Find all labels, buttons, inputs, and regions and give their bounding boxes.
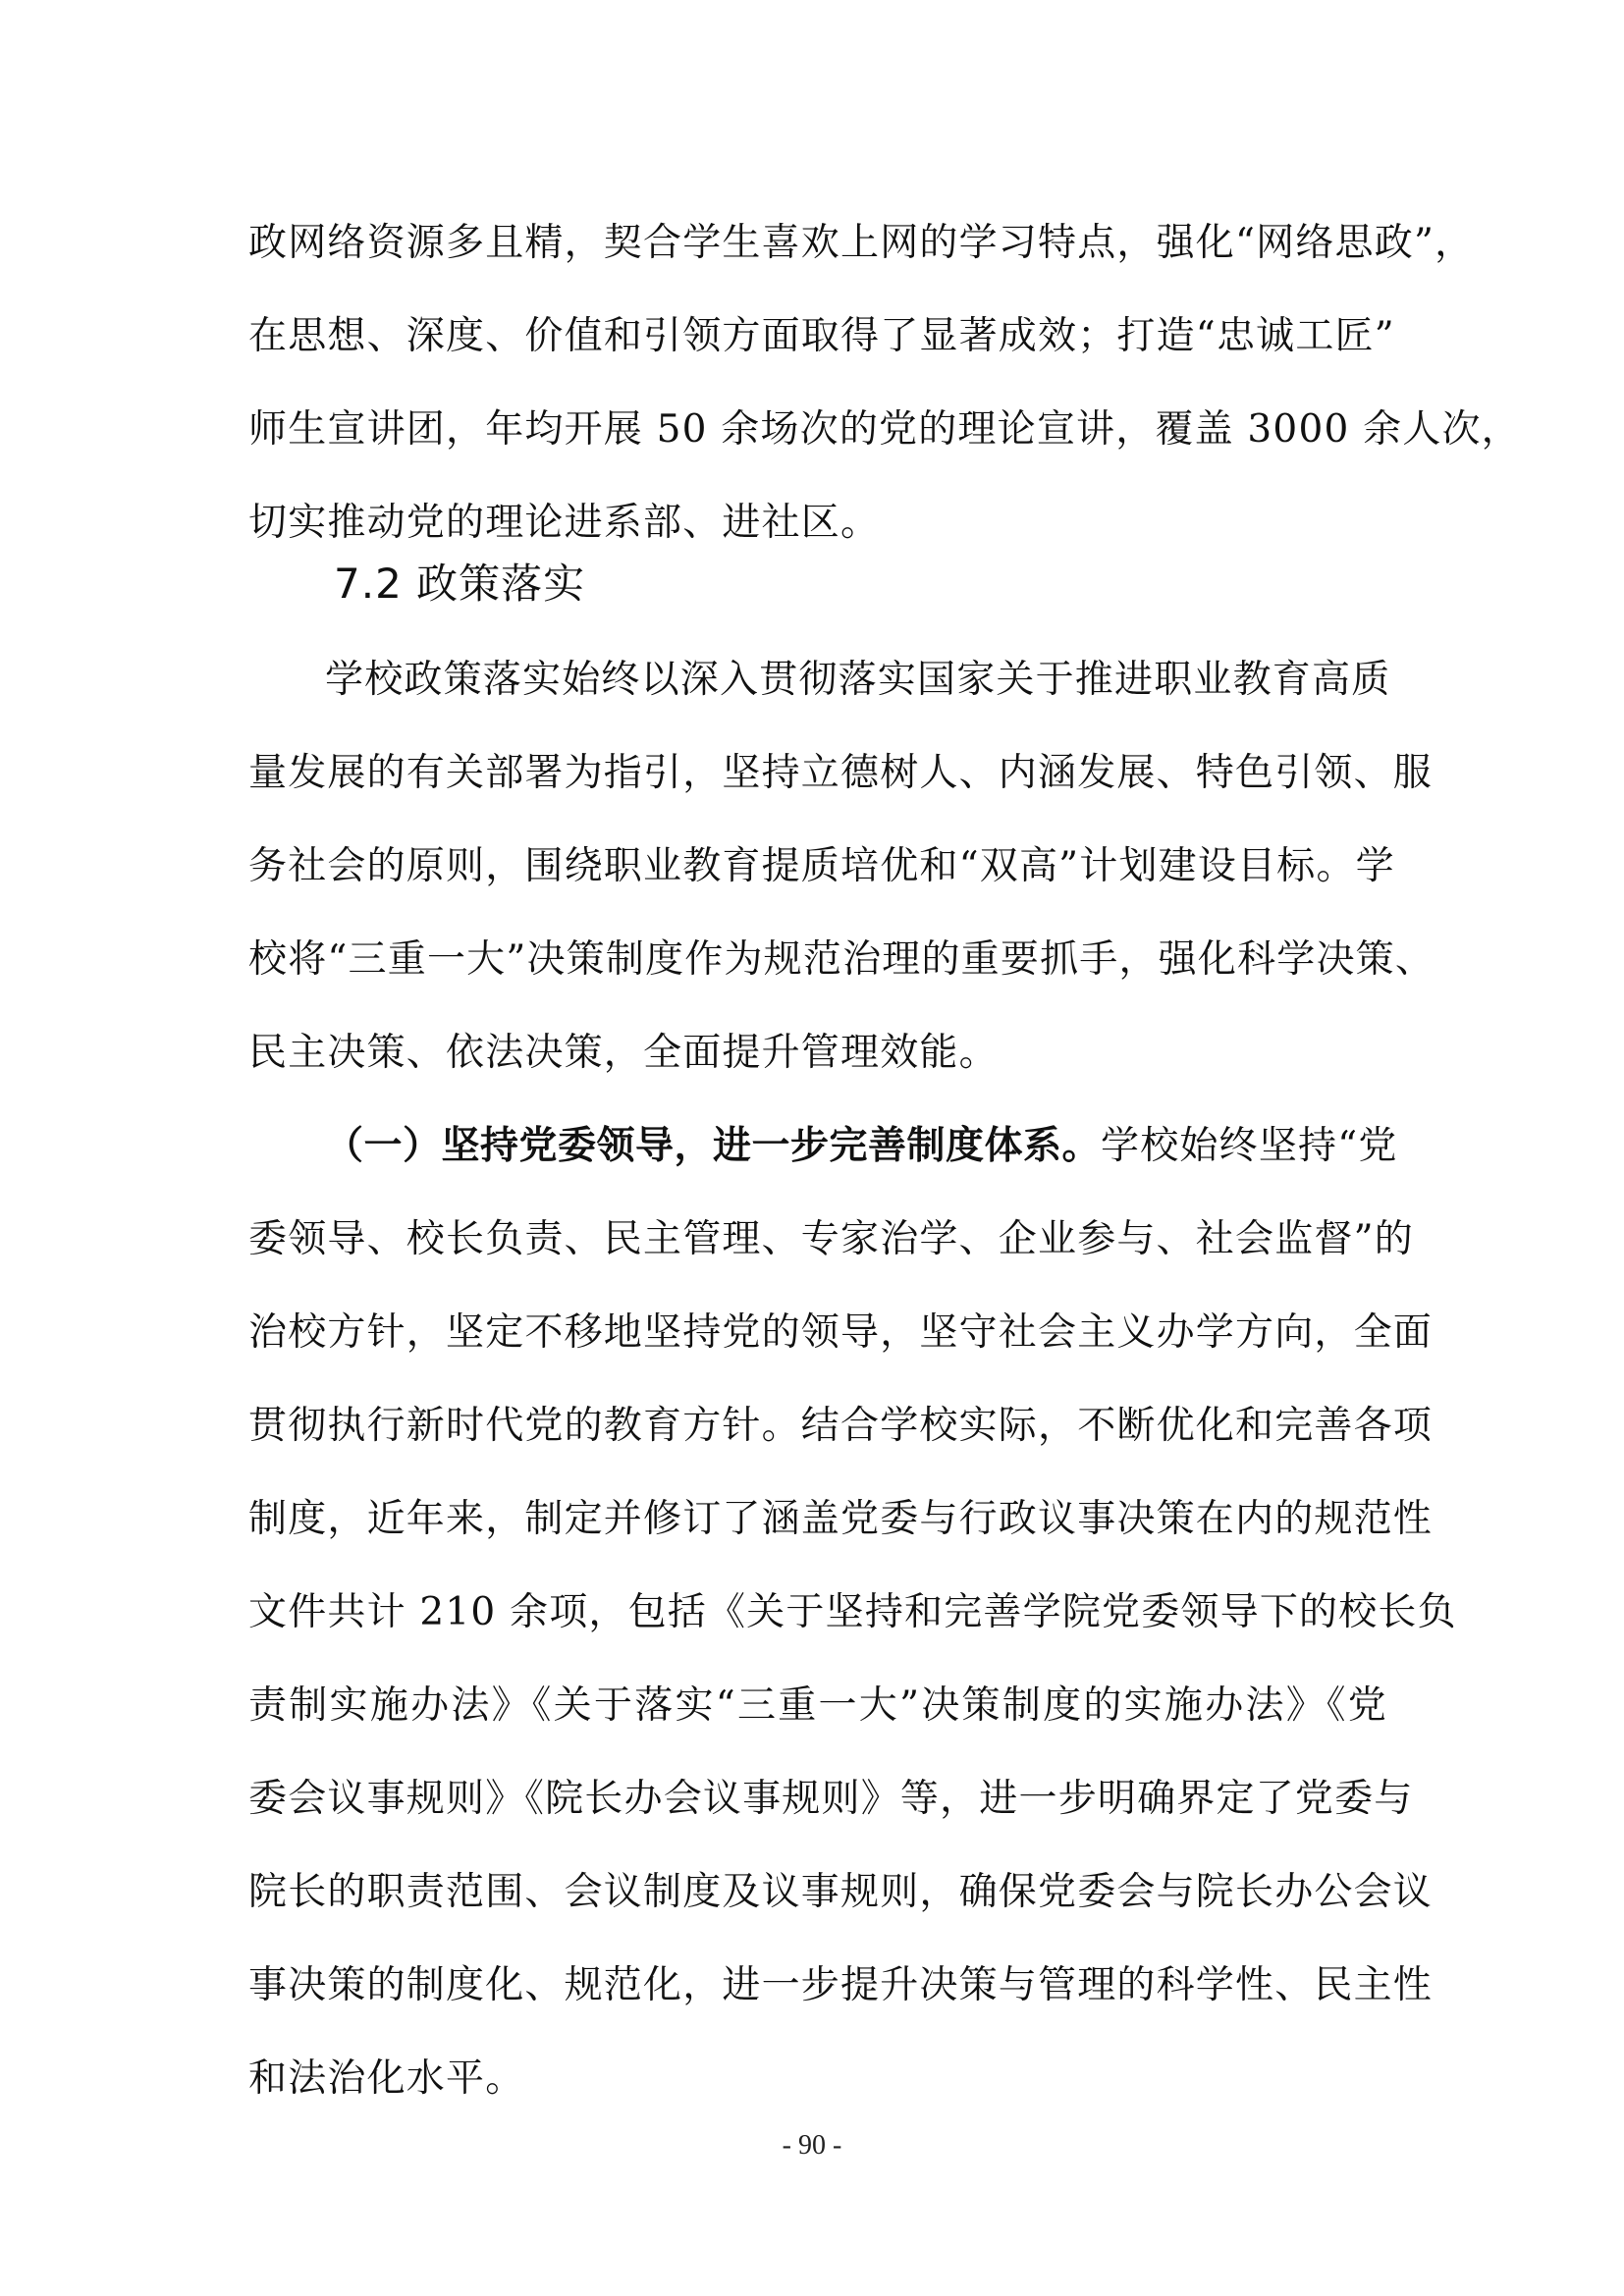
paragraph-line: 治校方针，坚定不移地坚持党的领导，坚守社会主义办学方向，全面: [248, 1304, 1387, 1362]
subsection-text: 学校始终坚持“党: [1101, 1117, 1398, 1176]
paragraph-line: 务社会的原则，围绕职业教育提质培优和“双高”计划建设目标。学: [248, 837, 1387, 896]
paragraph-line: 贯彻执行新时代党的教育方针。结合学校实际，不断优化和完善各项: [248, 1397, 1387, 1456]
paragraph-line: 责制实施办法》《关于落实“三重一大”决策制度的实施办法》《党: [248, 1677, 1387, 1735]
paragraph-line: 学校政策落实始终以深入贯彻落实国家关于推进职业教育高质: [325, 651, 1387, 710]
paragraph-line: 文件共计 210 余项，包括《关于坚持和完善学院党委领导下的校长负: [248, 1583, 1387, 1642]
section-heading: 7.2 政策落实: [334, 555, 585, 614]
paragraph-line: 政网络资源多且精，契合学生喜欢上网的学习特点，强化“网络思政”，: [248, 214, 1387, 273]
subsection-first-line: （一）坚持党委领导，进一步完善制度体系。 学校始终坚持“党: [325, 1117, 1387, 1176]
paragraph-line: 民主决策、依法决策，全面提升管理效能。: [248, 1024, 1387, 1083]
paragraph-line: 委领导、校长负责、民主管理、专家治学、企业参与、社会监督”的: [248, 1210, 1387, 1269]
paragraph-line: 制度，近年来，制定并修订了涵盖党委与行政议事决策在内的规范性: [248, 1490, 1387, 1549]
paragraph-line: 委会议事规则》《院长办会议事规则》等，进一步明确界定了党委与: [248, 1770, 1387, 1829]
paragraph-line: 师生宣讲团，年均开展 50 余场次的党的理论宣讲，覆盖 3000 余人次，: [248, 400, 1387, 459]
paragraph-line: 院长的职责范围、会议制度及议事规则，确保党委会与院长办公会议: [248, 1863, 1387, 1922]
paragraph-line: 校将“三重一大”决策制度作为规范治理的重要抓手，强化科学决策、: [248, 931, 1387, 989]
paragraph-line: 和法治化水平。: [248, 2050, 1387, 2109]
subsection-bold-lead: （一）坚持党委领导，进一步完善制度体系。: [325, 1117, 1101, 1176]
document-page: 政网络资源多且精，契合学生喜欢上网的学习特点，强化“网络思政”， 在思想、深度、…: [0, 0, 1624, 2296]
paragraph-line: 事决策的制度化、规范化，进一步提升决策与管理的科学性、民主性: [248, 1956, 1387, 2015]
page-number: - 90 -: [0, 2128, 1624, 2163]
paragraph-line: 在思想、深度、价值和引领方面取得了显著成效；打造“忠诚工匠”: [248, 307, 1387, 366]
paragraph-line: 切实推动党的理论进系部、进社区。: [248, 494, 1387, 553]
paragraph-line: 量发展的有关部署为指引，坚持立德树人、内涵发展、特色引领、服: [248, 744, 1387, 803]
